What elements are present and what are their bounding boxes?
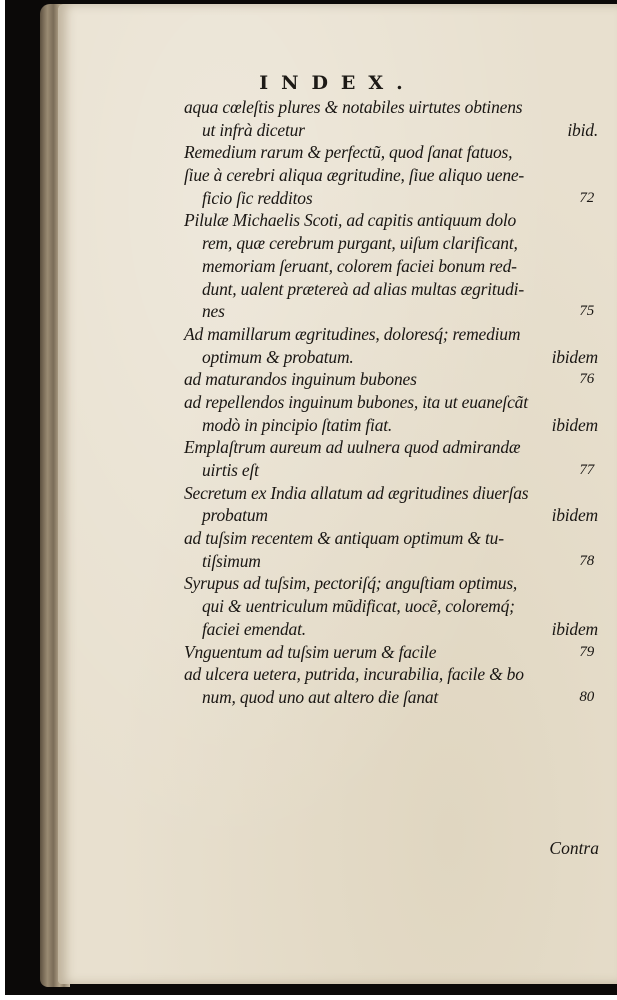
index-line-text: ut infrà dicetur: [202, 119, 305, 142]
index-line: dunt, ualent prætereà ad alias multas æg…: [184, 278, 598, 301]
index-line: Vnguentum ad tuſsim uerum & facile79: [184, 641, 598, 664]
index-line: rem, quæ cerebrum purgant, uiſum clarifi…: [184, 232, 598, 255]
index-line: uirtis eſt77: [184, 459, 598, 482]
index-line: nes75: [184, 300, 598, 323]
index-line: memoriam ſeruant, colorem faciei bonum r…: [184, 255, 598, 278]
page-reference: 77: [579, 459, 594, 482]
page-heading: INDEX.: [58, 72, 617, 94]
index-line-text: optimum & probatum.: [202, 346, 354, 369]
index-line-text: modò in pincipio ſtatim fiat.: [202, 414, 392, 437]
index-line-text: Secretum ex India allatum ad ægritudines…: [184, 482, 528, 505]
index-line-text: rem, quæ cerebrum purgant, uiſum clarifi…: [202, 232, 518, 255]
index-line-text: dunt, ualent prætereà ad alias multas æg…: [202, 278, 524, 301]
page-reference: 76: [579, 368, 594, 391]
index-line: optimum & probatum.ibidem: [184, 346, 598, 369]
index-line: faciei emendat.ibidem: [184, 618, 598, 641]
index-line-text: num, quod uno aut altero die ſanat: [202, 686, 438, 709]
index-line: ficio ſic redditos72: [184, 187, 598, 210]
page-reference: 75: [579, 300, 594, 323]
index-line: ad ulcera uetera, putrida, incurabilia, …: [184, 663, 598, 686]
page-reference: 79: [579, 641, 594, 664]
index-line-text: Vnguentum ad tuſsim uerum & facile: [184, 641, 436, 664]
index-line: Secretum ex India allatum ad ægritudines…: [184, 482, 598, 505]
index-line-text: Syrupus ad tuſsim, pectoriſq́; anguſtiam…: [184, 572, 517, 595]
index-line-text: tiſsimum: [202, 550, 261, 573]
index-line: tiſsimum78: [184, 550, 598, 573]
index-line-text: faciei emendat.: [202, 618, 306, 641]
page-reference: ibidem: [552, 414, 598, 437]
index-line-text: ad tuſsim recentem & antiquam optimum & …: [184, 527, 504, 550]
index-line: qui & uentriculum mũdificat, uocẽ, color…: [184, 595, 598, 618]
index-line-text: ad ulcera uetera, putrida, incurabilia, …: [184, 663, 524, 686]
index-line: ad tuſsim recentem & antiquam optimum & …: [184, 527, 598, 550]
page-reference: ibidem: [552, 346, 598, 369]
catchword: Contra: [549, 838, 599, 859]
index-line: Pilulæ Michaelis Scoti, ad capitis antiq…: [184, 209, 598, 232]
page-reference: ibid.: [567, 119, 598, 142]
index-line-text: Ad mamillarum ægritudines, doloresq́; re…: [184, 323, 520, 346]
index-line-text: Remedium rarum & perfectũ, quod ſanat fa…: [184, 141, 512, 164]
index-line-text: uirtis eſt: [202, 459, 259, 482]
page-reference: 72: [579, 187, 594, 210]
index-line: ad maturandos inguinum bubones76: [184, 368, 598, 391]
index-line-text: Emplaſtrum aureum ad uulnera quod admira…: [184, 436, 520, 459]
index-line: ad repellendos inguinum bubones, ita ut …: [184, 391, 598, 414]
index-line-text: ad repellendos inguinum bubones, ita ut …: [184, 391, 528, 414]
index-line: Emplaſtrum aureum ad uulnera quod admira…: [184, 436, 598, 459]
page-reference: ibidem: [552, 504, 598, 527]
index-line-text: ſiue à cerebri aliqua ægritudine, ſiue a…: [184, 164, 524, 187]
page-reference: ibidem: [552, 618, 598, 641]
index-line: ut infrà diceturibid.: [184, 119, 598, 142]
index-line-text: nes: [202, 300, 225, 323]
index-line: aqua cœleſtis plures & notabiles uirtute…: [184, 96, 598, 119]
page-reference: 78: [579, 550, 594, 573]
page-reference: 80: [579, 686, 594, 709]
index-entries: aqua cœleſtis plures & notabiles uirtute…: [184, 96, 598, 709]
index-line: Remedium rarum & perfectũ, quod ſanat fa…: [184, 141, 598, 164]
index-line: Ad mamillarum ægritudines, doloresq́; re…: [184, 323, 598, 346]
index-line-text: qui & uentriculum mũdificat, uocẽ, color…: [202, 595, 515, 618]
index-line-text: ficio ſic redditos: [202, 187, 312, 210]
index-line-text: probatum: [202, 504, 268, 527]
index-line-text: ad maturandos inguinum bubones: [184, 368, 417, 391]
index-line-text: memoriam ſeruant, colorem faciei bonum r…: [202, 255, 517, 278]
index-line-text: Pilulæ Michaelis Scoti, ad capitis antiq…: [184, 209, 516, 232]
index-line: num, quod uno aut altero die ſanat80: [184, 686, 598, 709]
index-line: Syrupus ad tuſsim, pectoriſq́; anguſtiam…: [184, 572, 598, 595]
index-line-text: aqua cœleſtis plures & notabiles uirtute…: [184, 96, 522, 119]
index-line: ſiue à cerebri aliqua ægritudine, ſiue a…: [184, 164, 598, 187]
index-line: modò in pincipio ſtatim fiat.ibidem: [184, 414, 598, 437]
index-line: probatumibidem: [184, 504, 598, 527]
